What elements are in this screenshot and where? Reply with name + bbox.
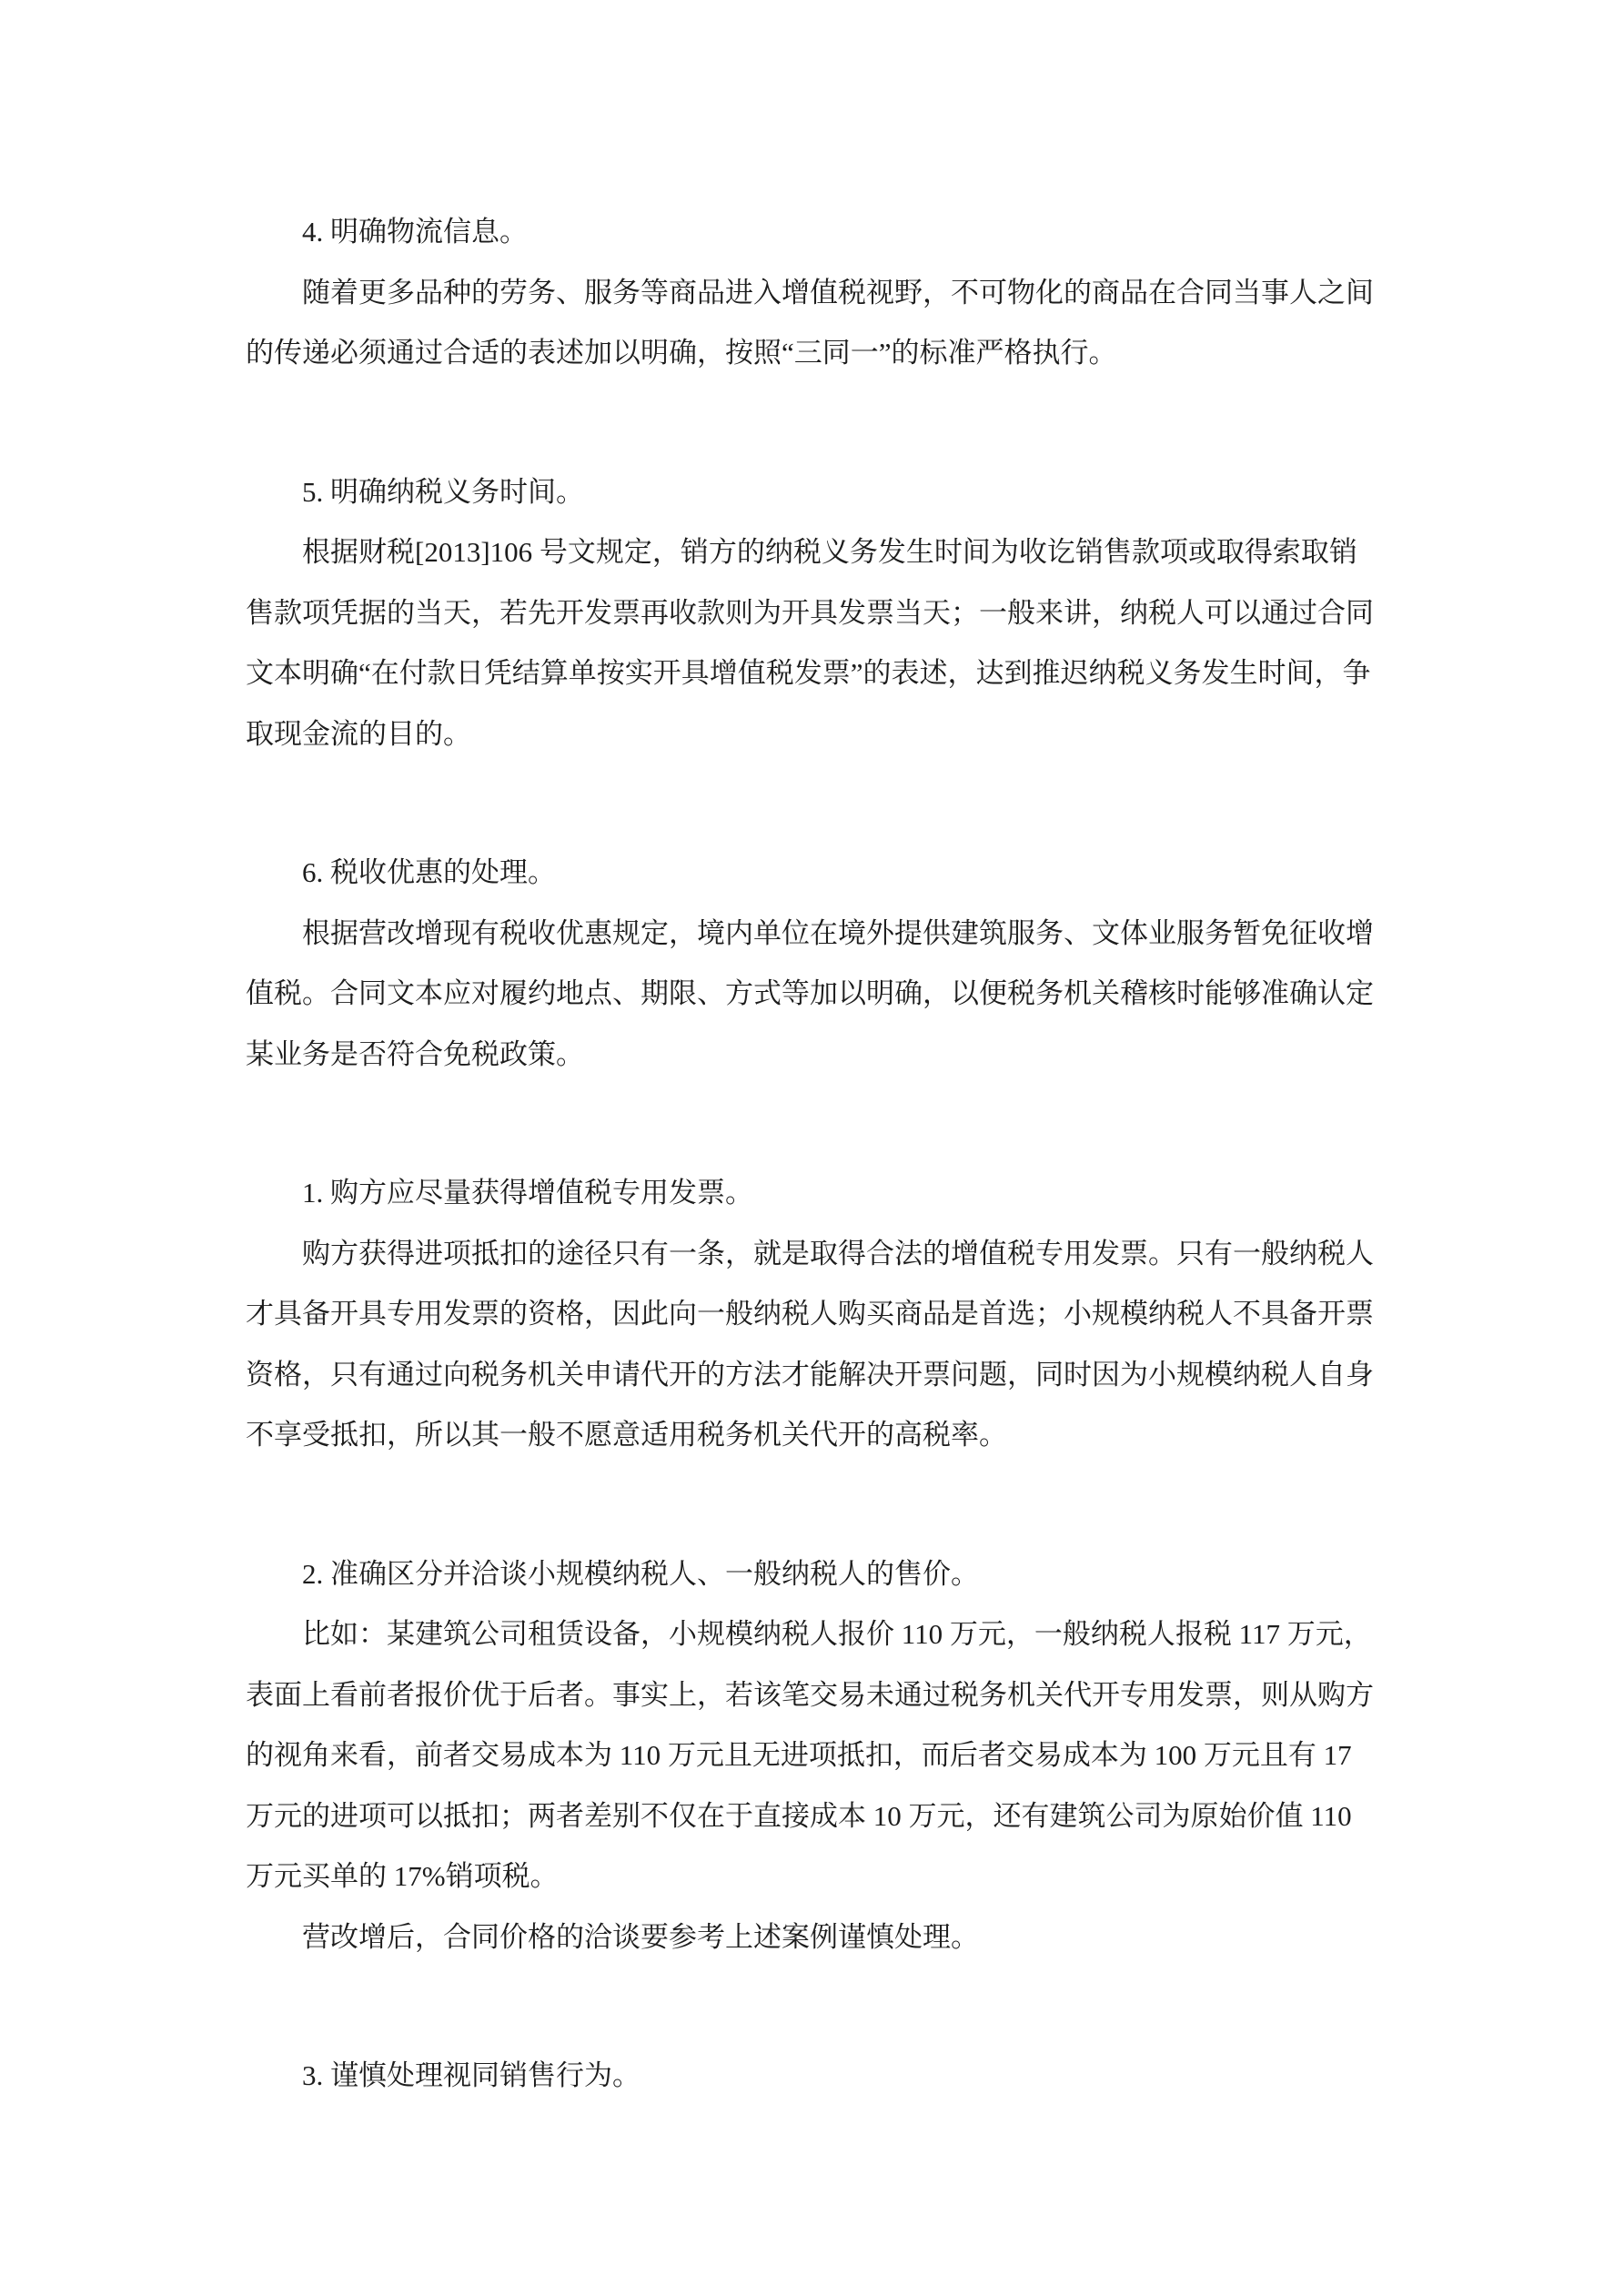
section-2-price-negotiation: 2. 准确区分并洽谈小规模纳税人、一般纳税人的售价。 比如：某建筑公司租赁设备，… [246, 1544, 1378, 1968]
body-line: 的视角来看，前者交易成本为 110 万元且无进项抵扣，而后者交易成本为 100 … [246, 1725, 1378, 1786]
body-line: 万元的进项可以抵扣；两者差别不仅在于直接成本 10 万元，还有建筑公司为原始价值… [246, 1786, 1378, 1847]
section-heading: 4. 明确物流信息。 [246, 202, 1378, 263]
section-4-logistics-info: 4. 明确物流信息。 随着更多品种的劳务、服务等商品进入增值税视野，不可物化的商… [246, 202, 1378, 384]
body-line: 的传递必须通过合适的表述加以明确，按照“三同一”的标准严格执行。 [246, 323, 1378, 384]
body-line: 营改增后，合同价格的洽谈要参考上述案例谨慎处理。 [246, 1907, 1378, 1968]
body-line: 比如：某建筑公司租赁设备，小规模纳税人报价 110 万元，一般纳税人报税 117… [246, 1604, 1378, 1665]
body-line: 表面上看前者报价优于后者。事实上，若该笔交易未通过税务机关代开专用发票，则从购方 [246, 1665, 1378, 1726]
body-line: 随着更多品种的劳务、服务等商品进入增值税视野，不可物化的商品在合同当事人之间 [246, 263, 1378, 324]
body-line: 不享受抵扣，所以其一般不愿意适用税务机关代开的高税率。 [246, 1405, 1378, 1466]
section-heading: 3. 谨慎处理视同销售行为。 [246, 2046, 1378, 2107]
body-line: 售款项凭据的当天，若先开发票再收款则为开具发票当天；一般来讲，纳税人可以通过合同 [246, 583, 1378, 644]
section-5-tax-obligation-time: 5. 明确纳税义务时间。 根据财税[2013]106 号文规定，销方的纳税义务发… [246, 462, 1378, 765]
body-line: 根据财税[2013]106 号文规定，销方的纳税义务发生时间为收讫销售款项或取得… [246, 522, 1378, 583]
body-line: 万元买单的 17%销项税。 [246, 1846, 1378, 1907]
section-3-deemed-sales: 3. 谨慎处理视同销售行为。 [246, 2046, 1378, 2107]
body-line: 根据营改增现有税收优惠规定，境内单位在境外提供建筑服务、文体业服务暂免征收增 [246, 904, 1378, 965]
section-heading: 1. 购方应尽量获得增值税专用发票。 [246, 1163, 1378, 1224]
section-heading: 2. 准确区分并洽谈小规模纳税人、一般纳税人的售价。 [246, 1544, 1378, 1605]
body-line: 取现金流的目的。 [246, 704, 1378, 765]
section-heading: 6. 税收优惠的处理。 [246, 843, 1378, 904]
body-line: 资格，只有通过向税务机关申请代开的方法才能解决开票问题，同时因为小规模纳税人自身 [246, 1345, 1378, 1406]
section-6-tax-preference: 6. 税收优惠的处理。 根据营改增现有税收优惠规定，境内单位在境外提供建筑服务、… [246, 843, 1378, 1085]
document-page: 4. 明确物流信息。 随着更多品种的劳务、服务等商品进入增值税视野，不可物化的商… [0, 0, 1624, 2296]
body-line: 购方获得进项抵扣的途径只有一条，就是取得合法的增值税专用发票。只有一般纳税人 [246, 1224, 1378, 1285]
body-line: 才具备开具专用发票的资格，因此向一般纳税人购买商品是首选；小规模纳税人不具备开票 [246, 1284, 1378, 1345]
body-line: 某业务是否符合免税政策。 [246, 1025, 1378, 1086]
section-1-special-invoice: 1. 购方应尽量获得增值税专用发票。 购方获得进项抵扣的途径只有一条，就是取得合… [246, 1163, 1378, 1466]
section-heading: 5. 明确纳税义务时间。 [246, 462, 1378, 523]
body-line: 文本明确“在付款日凭结算单按实开具增值税发票”的表述，达到推迟纳税义务发生时间，… [246, 643, 1378, 704]
body-line: 值税。合同文本应对履约地点、期限、方式等加以明确，以便税务机关稽核时能够准确认定 [246, 964, 1378, 1025]
